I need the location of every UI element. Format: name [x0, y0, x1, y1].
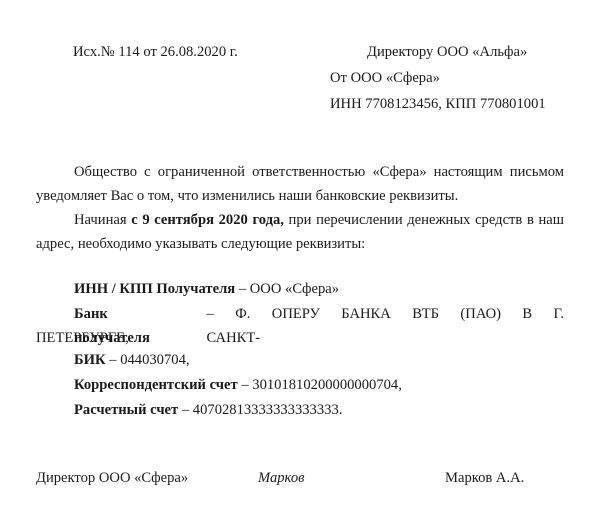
paragraph-line: адрес, необходимо указывать следующие ре… — [36, 232, 564, 256]
sender-ids: ИНН 7708123456, КПП 770801001 — [330, 97, 546, 112]
signatory-position: Директор ООО «Сфера» — [36, 471, 188, 486]
bank-line: Банк получателя – Ф. ОПЕРУ БАНКА ВТБ (ПА… — [74, 302, 564, 350]
paragraph-line: Начиная с 9 сентября 2020 года, при пере… — [36, 208, 564, 232]
requisite-value: – 30101810200000000704, — [238, 377, 402, 393]
requisite-bik: БИК – 044030704, — [74, 353, 190, 368]
signature: Марков — [258, 471, 304, 486]
sender: От ООО «Сфера» — [330, 71, 440, 86]
text-rest: при перечислении денежных средств в наш — [284, 212, 564, 228]
outgoing-reference: Исх.№ 114 от 26.08.2020 г. — [73, 45, 238, 60]
addressee: Директору ООО «Альфа» — [367, 45, 527, 60]
requisite-label: Корреспондентский счет — [74, 377, 238, 393]
signatory-name: Марков А.А. — [445, 471, 524, 486]
requisite-value: – 044030704, — [106, 352, 190, 368]
requisite-value: – Ф. ОПЕРУ БАНКА ВТБ (ПАО) В Г. САНКТ- — [207, 302, 564, 350]
text-prefix: Начиная — [74, 212, 131, 228]
requisite-label: БИК — [74, 352, 106, 368]
requisite-value: – ООО «Сфера» — [235, 281, 339, 297]
requisite-label: Расчетный счет — [74, 402, 178, 418]
paragraph-line: Общество с ограниченной ответственностью… — [36, 160, 564, 184]
paragraph-line: уведомляет Вас о том, что изменились наш… — [36, 184, 564, 208]
notification-paragraph: Общество с ограниченной ответственностью… — [36, 160, 564, 208]
requisite-settlement-account: Расчетный счет – 40702813333333333333. — [74, 403, 342, 418]
requisite-inn-kpp: ИНН / КПП Получателя – ООО «Сфера» — [74, 282, 339, 297]
effective-date-paragraph: Начиная с 9 сентября 2020 года, при пере… — [36, 208, 564, 256]
paragraph-line: Банк получателя – Ф. ОПЕРУ БАНКА ВТБ (ПА… — [36, 302, 564, 326]
effective-date: с 9 сентября 2020 года, — [131, 212, 284, 228]
requisite-label: ИНН / КПП Получателя — [74, 281, 235, 297]
requisite-bank: Банк получателя – Ф. ОПЕРУ БАНКА ВТБ (ПА… — [36, 302, 564, 350]
requisite-value: – 40702813333333333333. — [178, 402, 342, 418]
requisite-correspondent-account: Корреспондентский счет – 301018102000000… — [74, 378, 402, 393]
